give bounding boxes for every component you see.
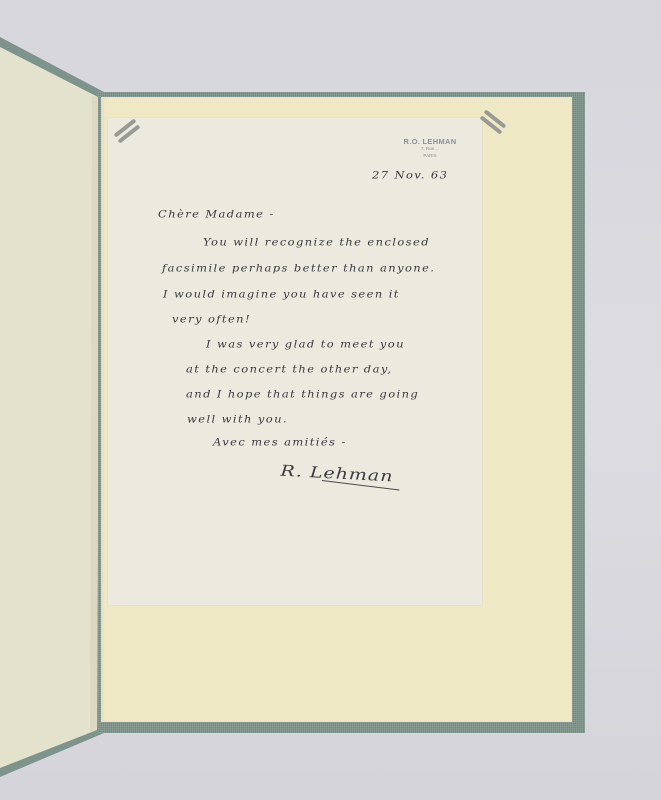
letter-date: 27 Nov. 63 <box>372 169 448 181</box>
letter-line: You will recognize the enclosed <box>203 236 430 248</box>
letter-line: I would imagine you have seen it <box>163 288 400 300</box>
letter-line: well with you. <box>187 413 288 425</box>
letter-salutation: Chère Madame - <box>158 208 275 220</box>
letterhead-city: PARIS <box>388 152 472 159</box>
letter-line: I was very glad to meet you <box>206 338 405 350</box>
letter-line: at the concert the other day, <box>186 363 392 375</box>
letterhead: R.O. LEHMAN 7, Rue ... PARIS <box>388 138 472 159</box>
letterhead-address: 7, Rue ... <box>388 145 472 152</box>
letterhead-name: R.O. LEHMAN <box>388 138 472 145</box>
left-page <box>0 47 100 768</box>
letter-line: and I hope that things are going <box>186 388 419 400</box>
letter-line: very often! <box>172 313 251 325</box>
letter-line: facsimile perhaps better than anyone. <box>162 262 435 274</box>
letter-closing: Avec mes amitiés - <box>213 436 347 448</box>
letter-sheet <box>108 118 482 605</box>
